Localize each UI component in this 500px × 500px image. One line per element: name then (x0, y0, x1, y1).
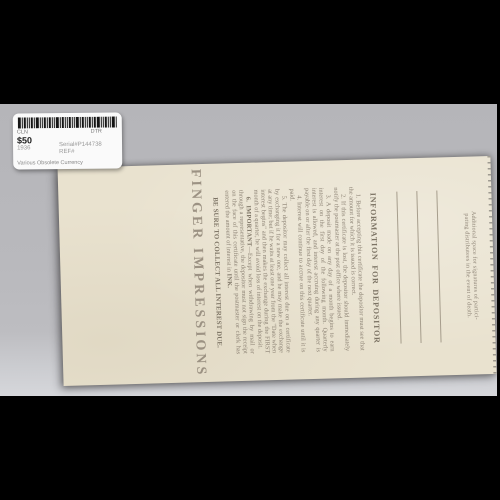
certificate: Additional space for signatures of parti… (57, 156, 496, 386)
certificate-paragraphs: 1. Before accepting this certificate the… (223, 187, 366, 355)
barcode-icon (18, 116, 117, 128)
important-ink: INK. (225, 273, 232, 288)
certificate-paragraph-important: 6. IMPORTANT—Except when withdrawing by … (223, 190, 256, 355)
serial-block: Serial#P144738 REF# (59, 142, 102, 155)
signature-line (416, 191, 421, 343)
label-code-row: CLN DTR (17, 128, 118, 135)
category-label: Various Obsolete Currency (17, 160, 83, 167)
certificate-paragraph: 3. A deposit made on any day of a month … (303, 187, 336, 352)
ref-label: REF# (59, 148, 102, 155)
finger-impressions-title: FINGER IMPRESSIONS (186, 164, 208, 382)
perforated-edge (487, 156, 496, 374)
serial-label: Serial#P144738 (59, 142, 102, 149)
certificate-paper: Additional space for signatures of parti… (57, 156, 496, 386)
label-dtr-code: DTR (91, 129, 102, 135)
additional-space-note: Additional space for signatures of parti… (461, 190, 479, 340)
collect-notice: BE SURE TO COLLECT ALL INTEREST DUE. (210, 164, 223, 382)
signature-line (396, 192, 401, 344)
certificate-paragraph: 5. The depositor may collect all interes… (252, 189, 292, 354)
photo-canvas: Additional space for signatures of parti… (0, 0, 500, 500)
signature-lines (395, 158, 442, 377)
certificate-heading: INFORMATION FOR DEPOSITOR (367, 159, 382, 377)
signature-line (436, 190, 441, 342)
photo-backdrop: Additional space for signatures of parti… (0, 104, 497, 396)
inventory-label: CLN DTR $50 1936 Serial#P144738 REF# Var… (13, 112, 123, 169)
